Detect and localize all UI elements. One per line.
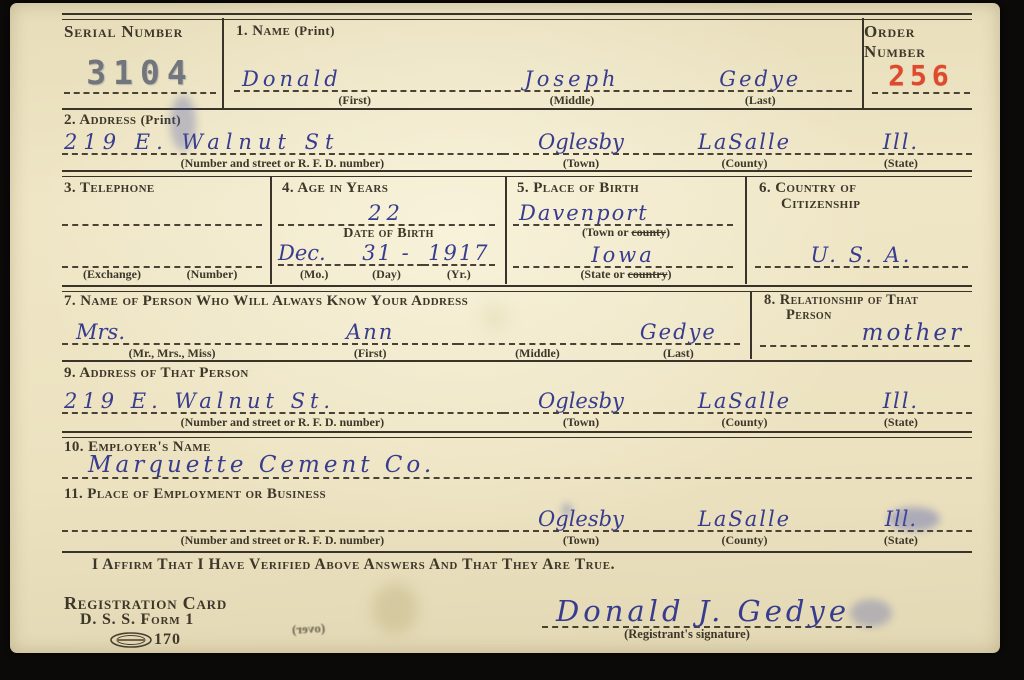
serial-number-label: Serial Number <box>64 22 183 42</box>
name-last-field: Gedye <box>669 62 852 92</box>
sublabel-text: (Town or <box>582 225 631 239</box>
name-last-value: Gedye <box>669 69 852 90</box>
registration-card: Serial Number 3104 1. Name (Print) Donal… <box>10 3 1000 653</box>
contact-last-value: Gedye <box>617 322 740 343</box>
contact-last-field: Gedye <box>617 317 740 345</box>
county-sublabel: (County) <box>659 416 830 429</box>
name-middle-value: Joseph <box>475 69 668 90</box>
street-sublabel: (Number and street or R. F. D. number) <box>62 416 503 429</box>
contact-title-value: Mrs. <box>62 322 282 343</box>
dob-day-field: 31 - <box>350 238 422 266</box>
row-serial-name-order: Serial Number 3104 1. Name (Print) Donal… <box>62 18 972 108</box>
contact-county-field: LaSalle <box>659 384 830 414</box>
dob-year-field: 1917 <box>423 238 495 266</box>
address-county-value: LaSalle <box>659 132 830 153</box>
contact-sublabels: (Mr., Mrs., Miss) (First) (Middle) (Last… <box>62 347 740 360</box>
print-code-value: 170 <box>154 631 181 649</box>
employment-sublabels: (Number and street or R. F. D. number) (… <box>62 534 972 547</box>
employer-field: Marquette Cement Co. <box>62 449 972 479</box>
name-label: 1. Name (Print) <box>236 23 335 40</box>
telephone-field <box>62 196 262 226</box>
contact-middle-field <box>458 317 617 345</box>
town-sublabel: (Town) <box>503 416 659 429</box>
street-sublabel: (Number and street or R. F. D. number) <box>62 534 503 547</box>
contact-address-label: 9. Address of That Person <box>64 365 249 382</box>
state-sublabel: (State) <box>830 157 972 170</box>
contact-fields: Mrs. Ann Gedye <box>62 317 740 345</box>
address-row: 2. Address (Print) 219 E. Walnut St Ogle… <box>62 109 972 169</box>
serial-number-cell: Serial Number 3104 <box>62 18 222 108</box>
contact-state-value: Ill. <box>830 391 972 412</box>
address-street-field: 219 E. Walnut St <box>62 125 503 155</box>
contact-town-value: Oglesby <box>503 391 659 412</box>
dob-month-field: Dec. <box>278 238 350 266</box>
employment-fields: Oglesby LaSalle Ill. <box>62 504 972 532</box>
age-field: 22 <box>278 194 495 226</box>
signature-field: Donald J. Gedye <box>542 588 872 628</box>
citizenship-label-line1: 6. Country of <box>759 180 856 197</box>
paper-stain <box>372 583 418 635</box>
sublabel-text: ) <box>668 267 672 281</box>
name-cell: 1. Name (Print) Donald Joseph Gedye (Fir… <box>224 18 860 108</box>
relationship-field: mother <box>760 311 970 347</box>
dob-year-value: 1917 <box>423 243 495 264</box>
contact-state-field: Ill. <box>830 384 972 414</box>
over-note: (over) <box>292 620 326 638</box>
dob-sublabels: (Mo.) (Day) (Yr.) <box>278 268 495 281</box>
street-sublabel: (Number and street or R. F. D. number) <box>62 157 503 170</box>
birth-state-value: Iowa <box>513 245 733 266</box>
name-sublabels: (First) (Middle) (Last) <box>234 94 852 107</box>
address-town-field: Oglesby <box>503 125 659 155</box>
last-sublabel: (Last) <box>617 347 740 360</box>
address-town-value: Oglesby <box>503 132 659 153</box>
name-label-text: 1. Name <box>236 23 290 39</box>
employment-state-value: Ill. <box>830 509 972 530</box>
contact-town-field: Oglesby <box>503 384 659 414</box>
name-label-suffix: (Print) <box>294 23 334 38</box>
address-street-value: 219 E. Walnut St <box>62 132 503 153</box>
employment-county-value: LaSalle <box>659 509 830 530</box>
rule <box>62 551 972 553</box>
first-sublabel: (First) <box>282 347 458 360</box>
middle-sublabel: (Middle) <box>458 347 617 360</box>
state-sublabel: (State) <box>830 416 972 429</box>
county-sublabel: (County) <box>659 534 830 547</box>
relationship-cell: 8. Relationship of That Person mother <box>752 291 972 359</box>
number-sublabel: (Number) <box>162 268 262 281</box>
exchange-sublabel: (Exchange) <box>62 268 162 281</box>
birth-town-value: Davenport <box>513 203 733 224</box>
contact-first-value: Ann <box>282 322 458 343</box>
contact-person-label: 7. Name of Person Who Will Always Know Y… <box>64 293 468 310</box>
address-state-field: Ill. <box>830 125 972 155</box>
sublabel-text: ) <box>666 225 670 239</box>
struck-word: country <box>628 267 668 281</box>
age-value: 22 <box>278 203 495 224</box>
last-sublabel: (Last) <box>669 94 852 107</box>
contact-first-field: Ann <box>282 317 458 345</box>
row-tel-age-birth-citizenship: 3. Telephone (Exchange) (Number) 4. Age … <box>62 176 972 284</box>
row-contact-relationship: 7. Name of Person Who Will Always Know Y… <box>62 291 972 359</box>
employment-state-field: Ill. <box>830 504 972 532</box>
employment-town-value: Oglesby <box>503 509 659 530</box>
day-sublabel: (Day) <box>350 268 422 281</box>
employment-row: 11. Place of Employment or Business Ogle… <box>62 484 972 550</box>
employment-label: 11. Place of Employment or Business <box>64 486 326 503</box>
year-sublabel: (Yr.) <box>423 268 495 281</box>
town-sublabel: (Town) <box>503 534 659 547</box>
print-code-block: 170 <box>110 631 181 649</box>
contact-county-value: LaSalle <box>659 391 830 412</box>
contact-address-row: 9. Address of That Person 219 E. Walnut … <box>62 362 972 430</box>
name-first-field: Donald <box>234 62 475 92</box>
dob-day-value: 31 - <box>350 243 422 264</box>
citizenship-field: U. S. A. <box>755 226 968 268</box>
dob-fields: Dec. 31 - 1917 <box>278 238 495 266</box>
birth-town-field: Davenport <box>513 194 733 226</box>
state-sublabel: (State) <box>830 534 972 547</box>
first-sublabel: (First) <box>234 94 475 107</box>
name-middle-field: Joseph <box>475 62 668 92</box>
citizenship-value: U. S. A. <box>755 245 968 266</box>
contact-address-fields: 219 E. Walnut St. Oglesby LaSalle Ill. <box>62 384 972 414</box>
contact-title-field: Mrs. <box>62 317 282 345</box>
address-sublabels: (Number and street or R. F. D. number) (… <box>62 157 972 170</box>
name-first-value: Donald <box>234 69 475 90</box>
dob-month-value: Dec. <box>278 243 350 264</box>
citizenship-cell: 6. Country of Citizenship U. S. A. <box>747 176 972 284</box>
contact-address-sublabels: (Number and street or R. F. D. number) (… <box>62 416 972 429</box>
telephone-cell: 3. Telephone (Exchange) (Number) <box>62 176 270 284</box>
contact-street-value: 219 E. Walnut St. <box>62 391 503 412</box>
birth-state-sublabel: (State or country) <box>507 268 745 281</box>
middle-sublabel: (Middle) <box>475 94 668 107</box>
card-content: Serial Number 3104 1. Name (Print) Donal… <box>62 3 972 653</box>
struck-word: county <box>631 225 666 239</box>
signature-value: Donald J. Gedye <box>542 597 872 626</box>
printers-union-stamp-icon <box>110 632 152 648</box>
month-sublabel: (Mo.) <box>278 268 350 281</box>
order-number-value: 256 <box>872 59 970 92</box>
citizenship-label-line2: Citizenship <box>781 196 860 213</box>
serial-number-field: 3104 <box>64 44 216 94</box>
county-sublabel: (County) <box>659 157 830 170</box>
relationship-value: mother <box>760 322 970 345</box>
place-of-birth-cell: 5. Place of Birth Davenport (Town or cou… <box>507 176 745 284</box>
address-state-value: Ill. <box>830 132 972 153</box>
affirmation-statement: I Affirm That I Have Verified Above Answ… <box>92 556 615 573</box>
telephone-field-2 <box>62 238 262 268</box>
form-number: D. S. S. Form 1 <box>80 611 194 629</box>
telephone-label: 3. Telephone <box>64 180 155 197</box>
age-cell: 4. Age in Years 22 Date of Birth Dec. 31… <box>272 176 505 284</box>
address-fields: 219 E. Walnut St Oglesby LaSalle Ill. <box>62 125 972 155</box>
birth-state-field: Iowa <box>513 238 733 268</box>
order-number-cell: Order Number 256 <box>864 18 972 108</box>
employer-value: Marquette Cement Co. <box>62 454 972 477</box>
sublabel-text: (State or <box>580 267 627 281</box>
employment-street-field <box>62 504 503 532</box>
employment-county-field: LaSalle <box>659 504 830 532</box>
signature-sublabel: (Registrant's signature) <box>542 628 832 642</box>
contact-street-field: 219 E. Walnut St. <box>62 384 503 414</box>
signature-block: Donald J. Gedye (Registrant's signature) <box>542 588 872 640</box>
employer-row: 10. Employer's Name Marquette Cement Co. <box>62 437 972 483</box>
order-number-field: 256 <box>872 54 970 94</box>
town-sublabel: (Town) <box>503 157 659 170</box>
address-county-field: LaSalle <box>659 125 830 155</box>
contact-person-cell: 7. Name of Person Who Will Always Know Y… <box>62 291 750 359</box>
title-sublabel: (Mr., Mrs., Miss) <box>62 347 282 360</box>
name-fields: Donald Joseph Gedye <box>234 62 852 92</box>
serial-number-value: 3104 <box>64 53 216 92</box>
employment-town-field: Oglesby <box>503 504 659 532</box>
telephone-sublabels: (Exchange) (Number) <box>62 268 262 281</box>
